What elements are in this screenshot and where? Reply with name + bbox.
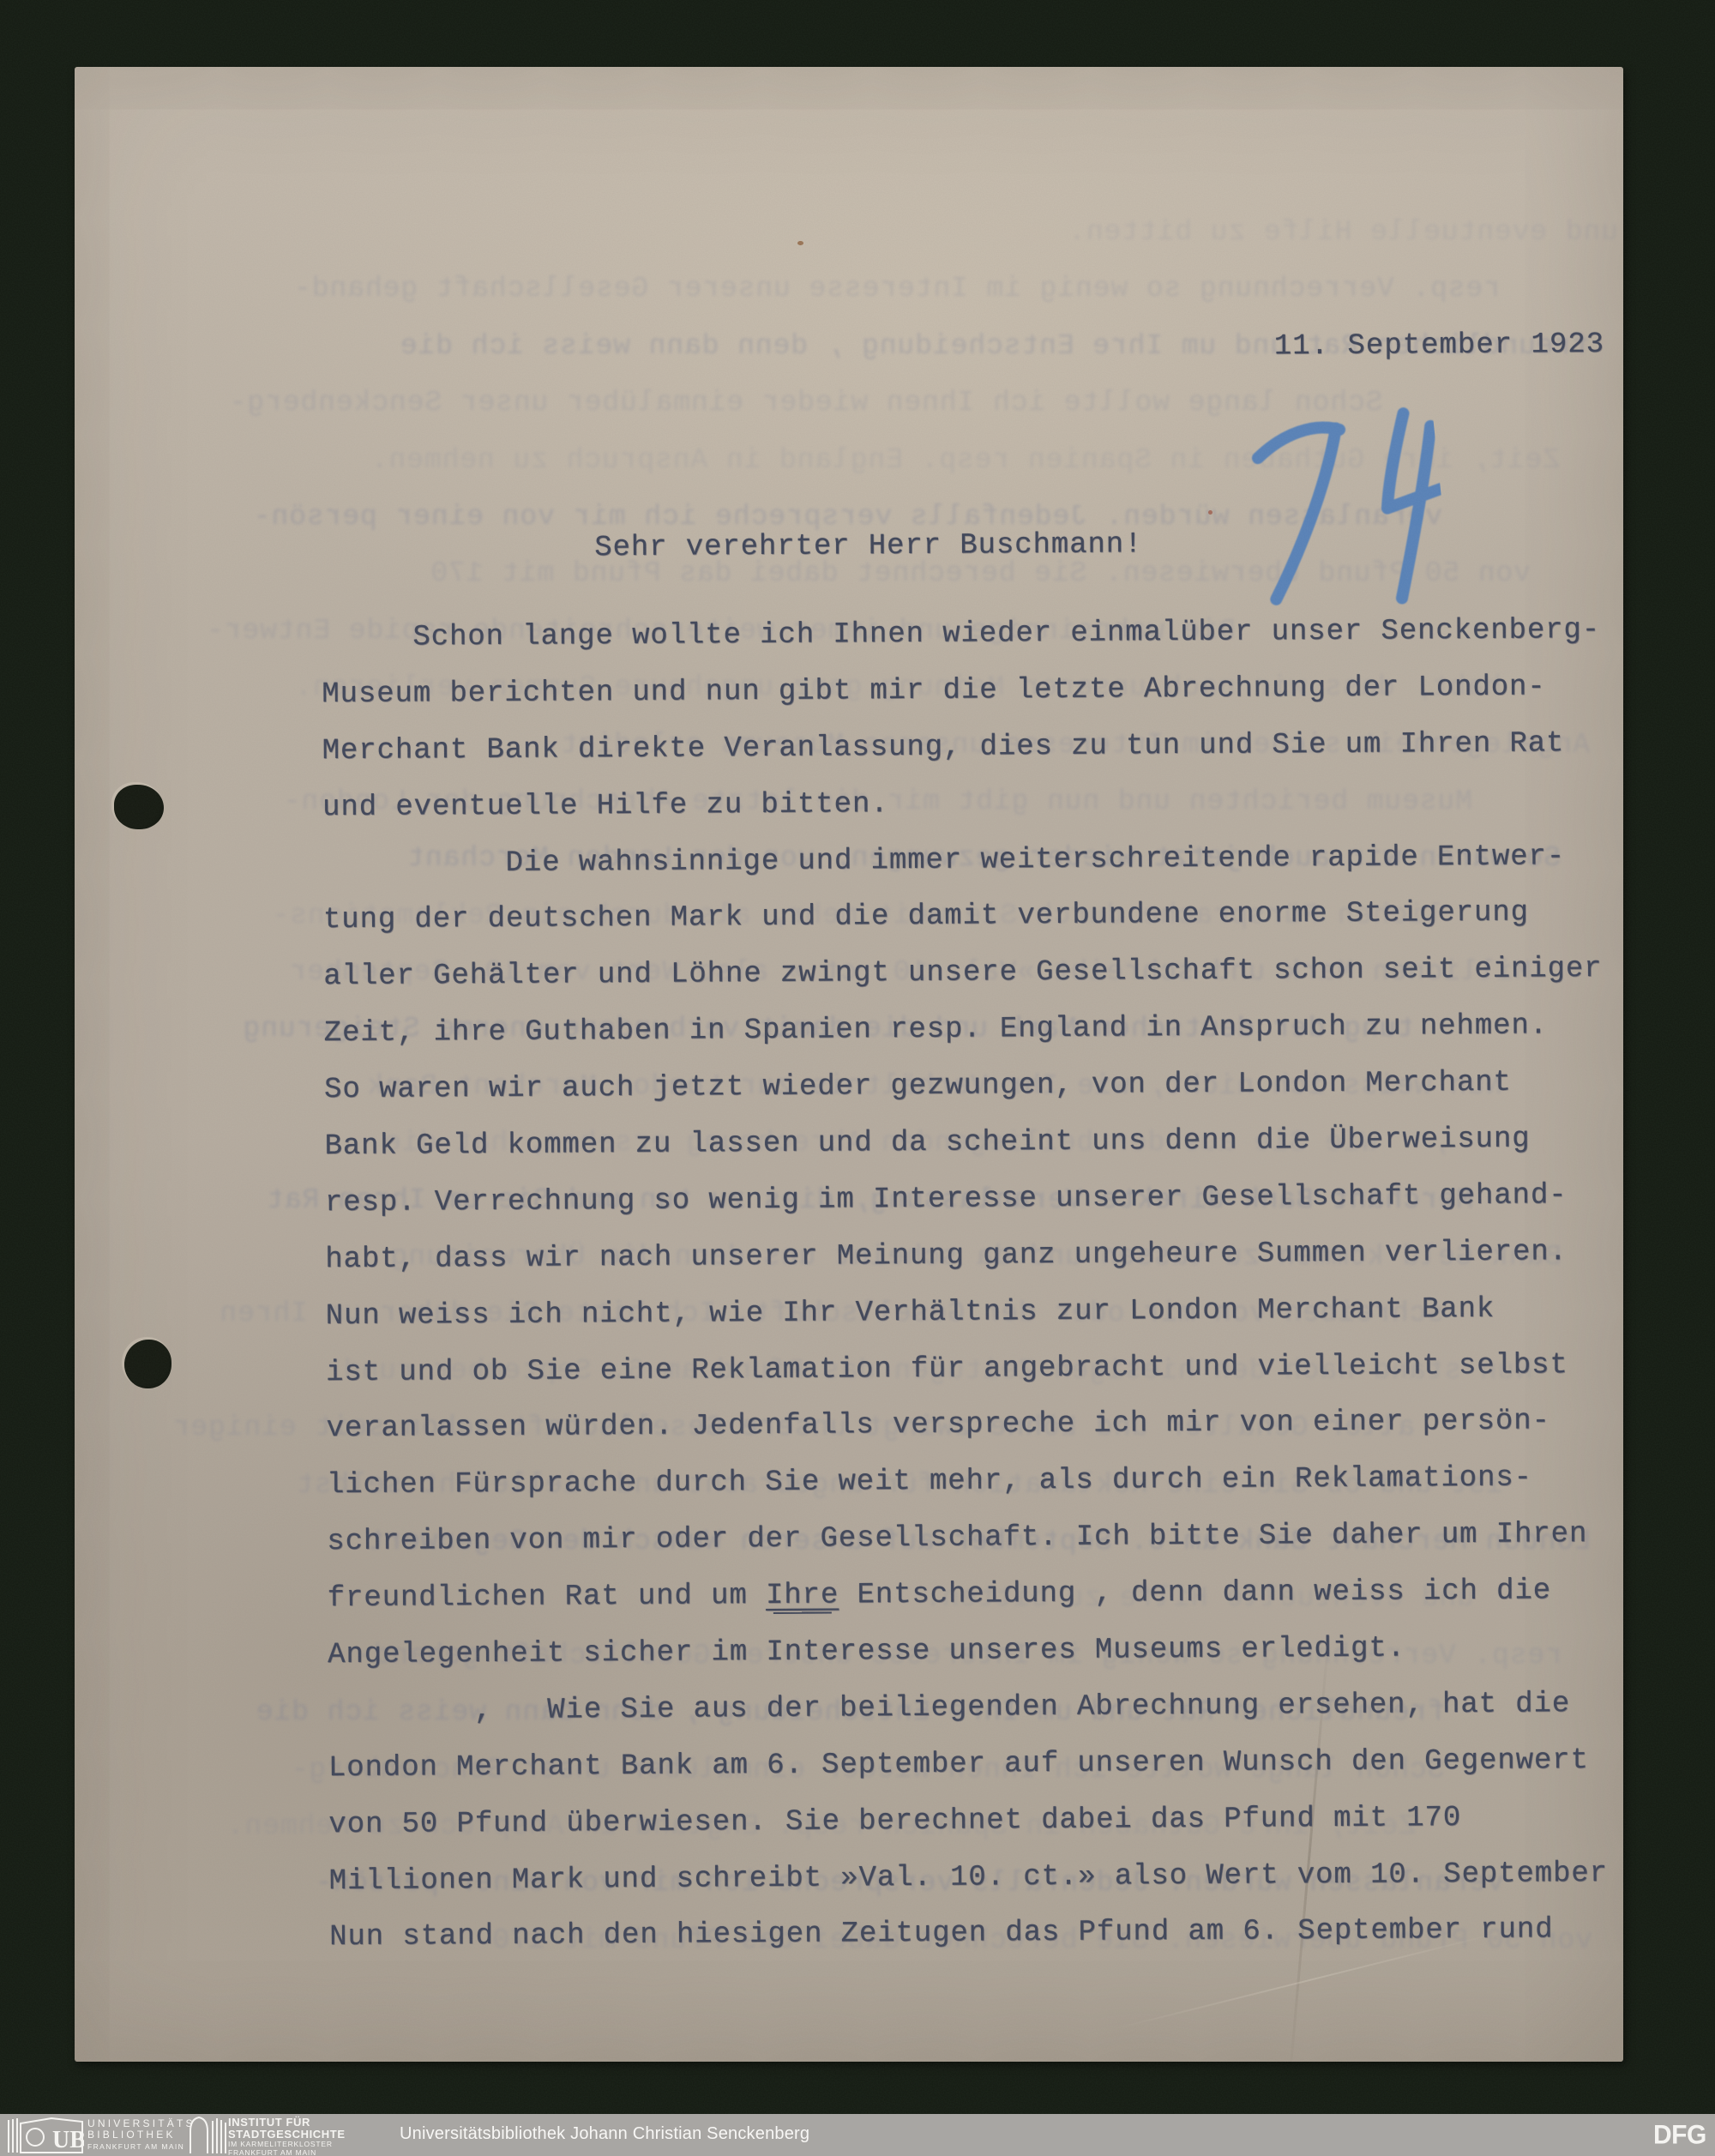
- body-line: veranlassen würden. Jedenfalls versprech…: [326, 1394, 1664, 1458]
- body-line: schreiben von mir oder der Gesellschaft.…: [327, 1507, 1664, 1571]
- body-line: freundlichen Rat und um Ihre Entscheidun…: [328, 1563, 1665, 1628]
- body-line: lichen Fürsprache durch Sie weit mehr, a…: [327, 1450, 1664, 1515]
- footer-bar: UB UNIVERSITÄTS BIBLIOTHEK FRANKFURT AM …: [0, 2114, 1715, 2156]
- body-line: Museum berichten und nun gibt mir die le…: [322, 659, 1659, 724]
- body-line: Nun stand nach den hiesigen Zeitugen das…: [329, 1902, 1667, 1966]
- body-line: London Merchant Bank am 6. September auf…: [328, 1732, 1666, 1797]
- digit-7-stroke: [1259, 428, 1352, 599]
- body-line: So waren wir auch jetzt wieder gezwungen…: [324, 1055, 1662, 1119]
- body-line: und eventuelle Hilfe zu bitten.: [322, 772, 1660, 836]
- body-line: Nun weiss ich nicht, wie Ihr Verhältnis …: [326, 1280, 1664, 1345]
- institute-logo-line4: FRANKFURT AM MAIN: [228, 2148, 346, 2156]
- scan-background: und eventuelle Hilfe zu bitten.resp. Ver…: [0, 0, 1715, 2156]
- institute-logo-line2: STADTGESCHICHTE: [228, 2129, 346, 2141]
- body-line: ist und ob Sie eine Reklamation für ange…: [326, 1337, 1664, 1401]
- letter-body: Schon lange wollte ich Ihnen wieder einm…: [322, 603, 1668, 1967]
- ub-logo-abbr: UB: [52, 2127, 84, 2153]
- ub-logo: UNIVERSITÄTS BIBLIOTHEK FRANKFURT AM MAI…: [87, 2118, 196, 2153]
- archive-number-annotation: 74: [1235, 399, 1453, 624]
- institute-logo: INSTITUT FÜR STADTGESCHICHTE IM KARMELIT…: [228, 2117, 346, 2156]
- body-line: Merchant Bank direkte Veranlassung, dies…: [322, 715, 1660, 780]
- body-line: Schon lange wollte ich Ihnen wieder einm…: [322, 603, 1659, 667]
- library-credit: Universitätsbibliothek Johann Christian …: [400, 2124, 809, 2144]
- ub-logo-line2: BIBLIOTHEK: [87, 2129, 196, 2141]
- letter-date: 11. September 1923: [1274, 328, 1604, 363]
- body-line: Zeit, ihre Guthaben in Spanien resp. Eng…: [324, 998, 1662, 1063]
- punch-hole-top: [114, 785, 164, 829]
- letter-salutation: Sehr verehrter Herr Buschmann!: [594, 528, 1142, 564]
- punch-hole-bottom: [124, 1340, 171, 1388]
- letter-content: 11. September 1923 Sehr verehrter Herr B…: [0, 0, 1715, 2156]
- body-line: Angelegenheit sicher im Interesse unsere…: [328, 1620, 1665, 1684]
- institute-logo-line1: INSTITUT FÜR: [228, 2117, 346, 2129]
- body-line: Millionen Mark und schreibt »Val. 10. ct…: [329, 1846, 1667, 1910]
- body-line: , Wie Sie aus der beiliegenden Abrechnun…: [328, 1677, 1665, 1741]
- institute-logo-line3: IM KARMELITERKLOSTER: [228, 2140, 346, 2148]
- body-line: von 50 Pfund überwiesen. Sie berechnet d…: [328, 1789, 1666, 1853]
- underlined-word: Ihre: [766, 1580, 839, 1613]
- body-line: tung der deutschen Mark und die damit ve…: [323, 885, 1661, 949]
- body-line: aller Gehälter und Löhne zwingt unsere G…: [323, 942, 1661, 1006]
- body-line: Bank Geld kommen zu lassen und da schein…: [324, 1111, 1662, 1176]
- body-line: Die wahnsinnige und immer weiterschreite…: [322, 828, 1660, 893]
- body-line: resp. Verrechnung so wenig im Interesse …: [325, 1168, 1663, 1232]
- dfg-logo: DFG: [1653, 2120, 1706, 2151]
- ub-logo-icon: UB: [7, 2117, 84, 2154]
- institute-logo-icon: [187, 2116, 226, 2154]
- ub-logo-line3: FRANKFURT AM MAIN: [87, 2141, 196, 2153]
- body-line: habt, dass wir nach unserer Meinung ganz…: [325, 1224, 1663, 1288]
